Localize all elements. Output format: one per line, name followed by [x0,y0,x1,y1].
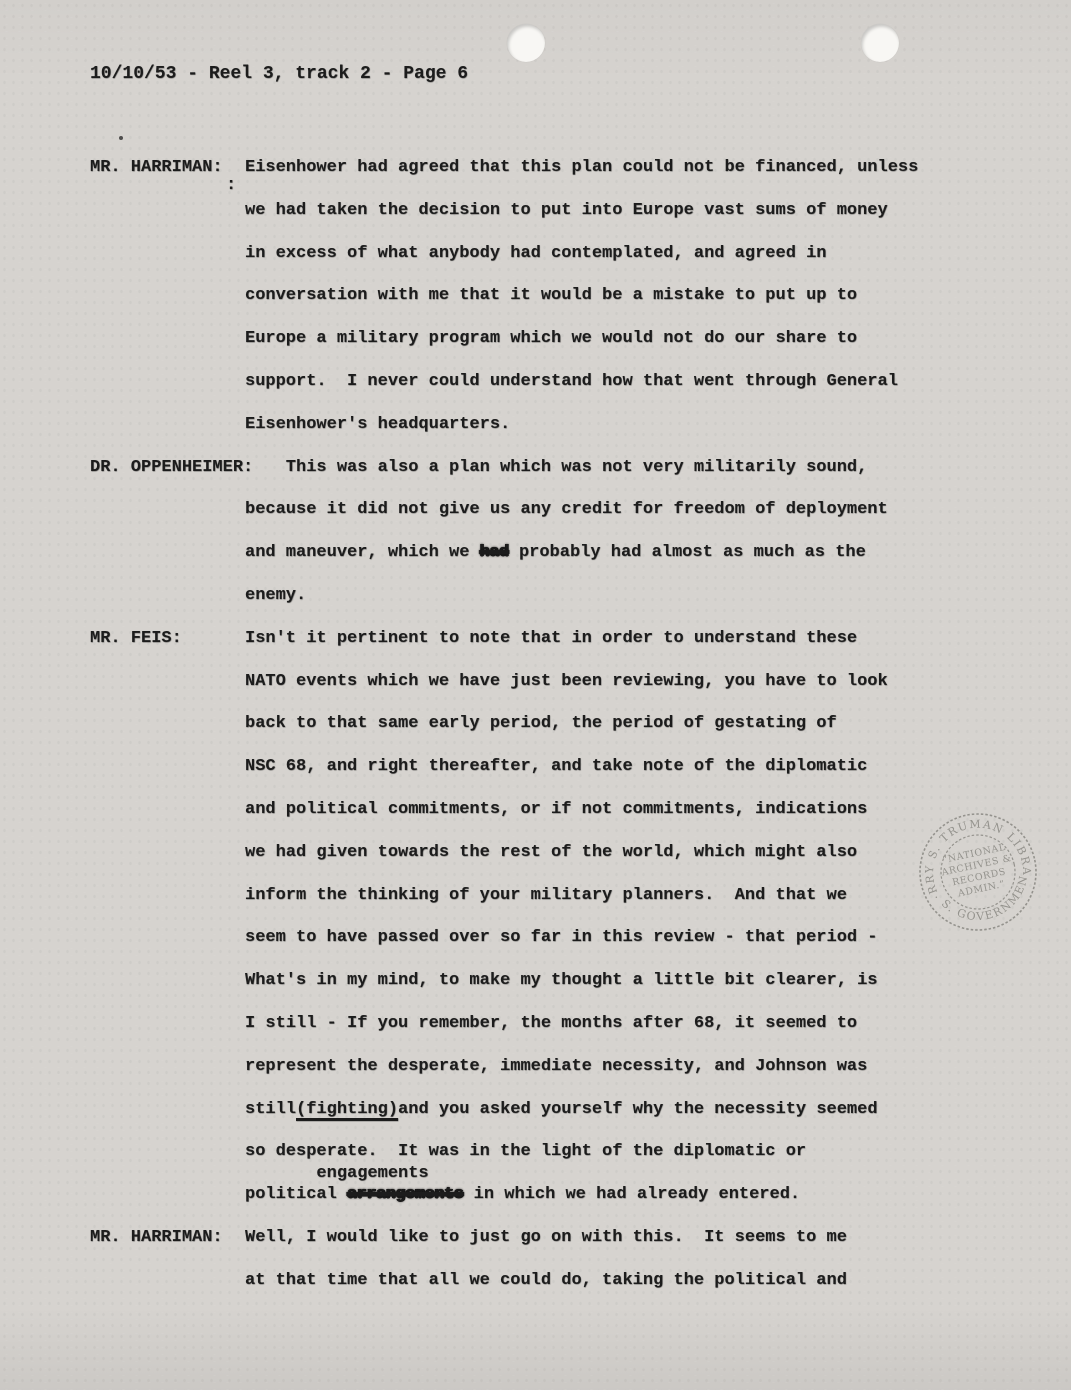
transcript-line: This was also a plan which was not very … [245,458,980,501]
transcript-line: we had taken the decision to put into Eu… [245,201,980,244]
transcript-line: back to that same early period, the peri… [245,714,980,757]
stray-ink-mark [119,136,123,140]
transcript-line: NSC 68, and right thereafter, and take n… [245,757,980,800]
transcript-line: we had given towards the rest of the wor… [245,843,980,886]
transcript-line: Well, I would like to just go on with th… [245,1228,980,1271]
paragraph-lines: Eisenhower had agreed that this plan cou… [245,158,980,458]
struck-out-text: had [480,543,509,562]
paragraph: DR. OPPENHEIMER: This was also a plan wh… [90,458,980,629]
speaker-label: MR. HARRIMAN: [90,1228,223,1271]
transcript-line: What's in my mind, to make my thought a … [245,971,980,1014]
transcript-line: represent the desperate, immediate neces… [245,1057,980,1100]
transcript-line: NATO events which we have just been revi… [245,672,980,715]
text-segment: and maneuver, which we [245,543,480,562]
speaker-label: DR. OPPENHEIMER: [90,458,253,501]
scanned-document-page: 10/10/53 - Reel 3, track 2 - Page 6 : MR… [0,0,1071,1390]
transcript: MR. HARRIMAN:Eisenhower had agreed that … [90,158,980,1314]
page-header: 10/10/53 - Reel 3, track 2 - Page 6 [90,64,468,84]
transcript-line: in excess of what anybody had contemplat… [245,244,980,287]
transcript-line: conversation with me that it would be a … [245,286,980,329]
transcript-line: support. I never could understand how th… [245,372,980,415]
paragraph-lines: Isn't it pertinent to note that in order… [245,629,980,1228]
transcript-line: enemy. [245,586,980,629]
transcript-line: political arrangements in which we had a… [245,1185,980,1228]
transcript-line: Isn't it pertinent to note that in order… [245,629,980,672]
transcript-line: inform the thinking of your military pla… [245,886,980,929]
paragraph: MR. HARRIMAN:Eisenhower had agreed that … [90,158,980,458]
transcript-line: Eisenhower had agreed that this plan cou… [245,158,980,201]
transcript-line: seem to have passed over so far in this … [245,928,980,971]
speaker-label: MR. FEIS: [90,629,182,672]
speaker-label: MR. HARRIMAN: [90,158,223,201]
text-segment: in which we had already entered. [463,1185,800,1204]
transcript-line: Eisenhower's headquarters. [245,415,980,458]
text-segment: and you asked yourself why the necessity… [398,1100,877,1119]
archive-stamp: HARRY S. TRUMAN LIBRARY U. S. GOVERNMENT… [895,789,1061,955]
punch-hole-right [861,24,899,62]
transcript-line: because it did not give us any credit fo… [245,500,980,543]
transcript-line: and maneuver, which we had probably had … [245,543,980,586]
struck-out-text: arrangements [347,1185,463,1204]
text-segment: probably had almost as much as the [509,543,866,562]
text-segment: still [245,1100,296,1119]
text-segment: political [245,1185,347,1204]
punch-hole-left [507,24,545,62]
transcript-line: Europe a military program which we would… [245,329,980,372]
paragraph-lines: Well, I would like to just go on with th… [245,1228,980,1314]
underlined-text: (fighting) [296,1100,398,1119]
paragraph: MR. HARRIMAN:Well, I would like to just … [90,1228,980,1314]
interlinear-insertion: engagements [245,1164,429,1183]
paragraph-lines: This was also a plan which was not very … [245,458,980,629]
transcript-line: I still - If you remember, the months af… [245,1014,980,1057]
transcript-line: and political commitments, or if not com… [245,800,980,843]
paragraph: MR. FEIS:Isn't it pertinent to note that… [90,629,980,1228]
transcript-line: at that time that all we could do, takin… [245,1271,980,1314]
transcript-line: still(fighting)and you asked yourself wh… [245,1100,980,1143]
